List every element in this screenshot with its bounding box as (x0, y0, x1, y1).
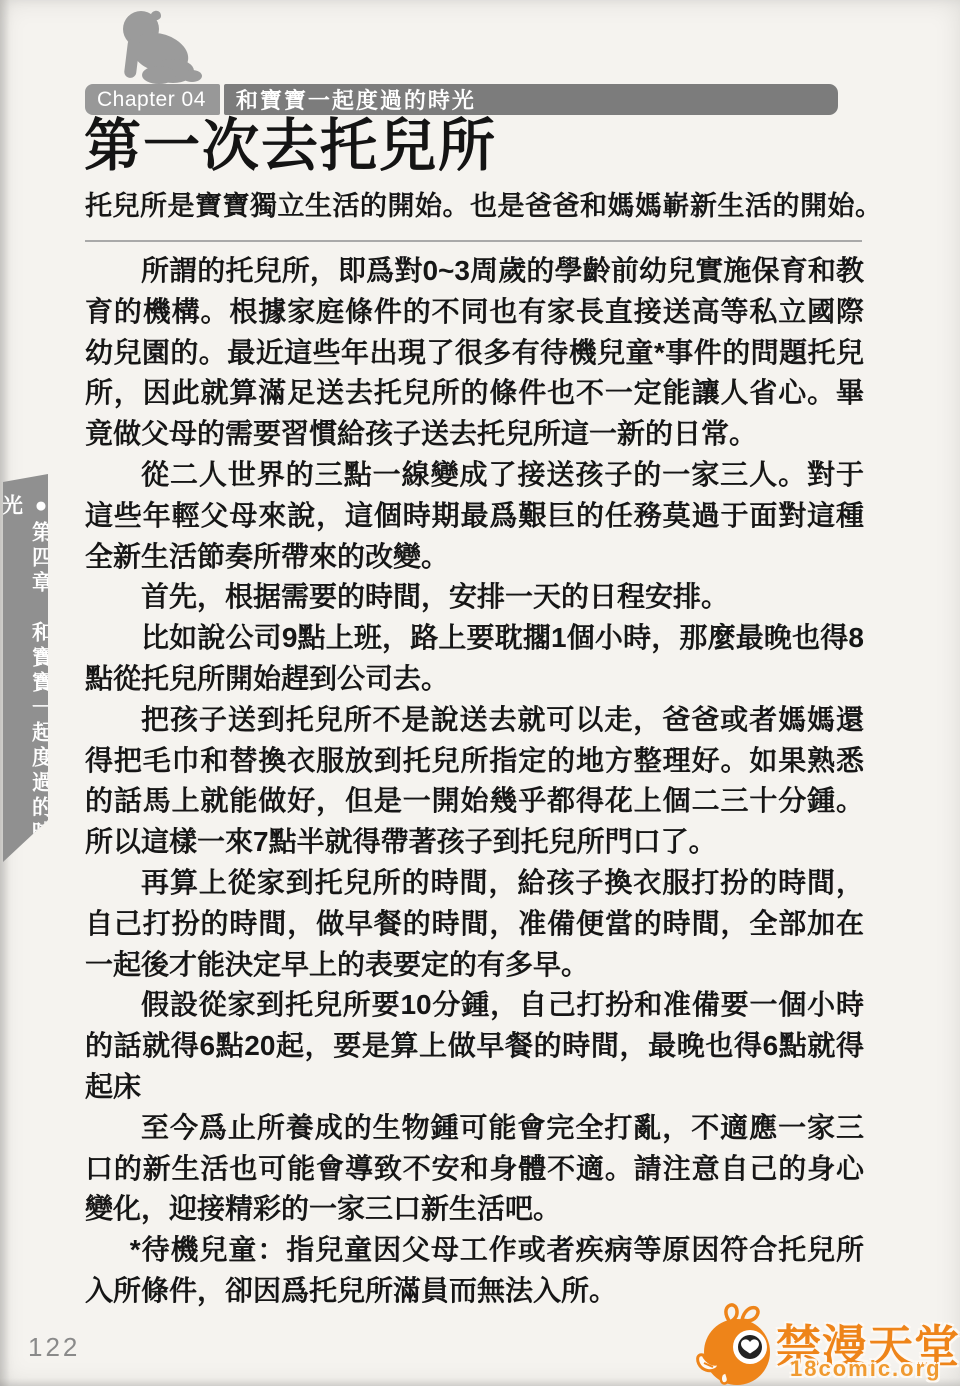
paragraph: 假設從家到托兒所要10分鍾，自己打扮和准備要一個小時的話就得6點20起，要是算上… (85, 985, 864, 1107)
paragraph: 從二人世界的三點一線變成了接送孩子的一家三人。對于這些年輕父母來說，這個時期最爲… (85, 455, 864, 577)
article-title: 第一次去托兒所 (84, 112, 497, 180)
chapter-side-tab-label: ●第四章 和寶寶一起度過的時光 (0, 474, 56, 862)
crawling-baby-icon (101, 8, 203, 90)
chapter-title-label: 和寶寶一起度過的時光 (224, 84, 838, 115)
chapter-number-label: Chapter 04 (85, 84, 220, 115)
chapter-header-bar: Chapter 04 和寶寶一起度過的時光 (85, 84, 838, 115)
chapter-side-tab: ●第四章 和寶寶一起度過的時光 (3, 474, 48, 862)
article-body: 所謂的托兒所，即爲對0~3周歲的學齡前幼兒實施保育和教育的機構。根據家庭條件的不… (85, 251, 864, 1312)
article-subtitle: 托兒所是寶寶獨立生活的開始。也是爸爸和媽媽嶄新生活的開始。 (85, 184, 883, 223)
paragraph: 把孩子送到托兒所不是說送去就可以走，爸爸或者媽媽還得把毛巾和替換衣服放到托兒所指… (85, 700, 864, 863)
page-number: 122 (28, 1332, 80, 1363)
paragraph: 再算上從家到托兒所的時間，給孩子換衣服打扮的時間，自己打扮的時間，做早餐的時間，… (85, 863, 864, 985)
site-watermark: 禁漫天堂 18comic.org (694, 1296, 950, 1386)
orange-mascot-icon (694, 1300, 782, 1386)
title-divider-rule (85, 240, 862, 242)
paragraph: 所謂的托兒所，即爲對0~3周歲的學齡前幼兒實施保育和教育的機構。根據家庭條件的不… (85, 251, 864, 455)
paragraph: 比如說公司9點上班，路上要耽擱1個小時，那麼最晚也得8點從托兒所開始趕到公司去。 (85, 618, 864, 700)
watermark-site-url: 18comic.org (790, 1356, 942, 1382)
book-page: Chapter 04 和寶寶一起度過的時光 第一次去托兒所 托兒所是寶寶獨立生活… (0, 0, 960, 1386)
paragraph: 首先，根据需要的時間，安排一天的日程安排。 (85, 577, 864, 618)
paragraph: 至今爲止所養成的生物鍾可能會完全打亂，不適應一家三口的新生活也可能會導致不安和身… (85, 1108, 864, 1230)
